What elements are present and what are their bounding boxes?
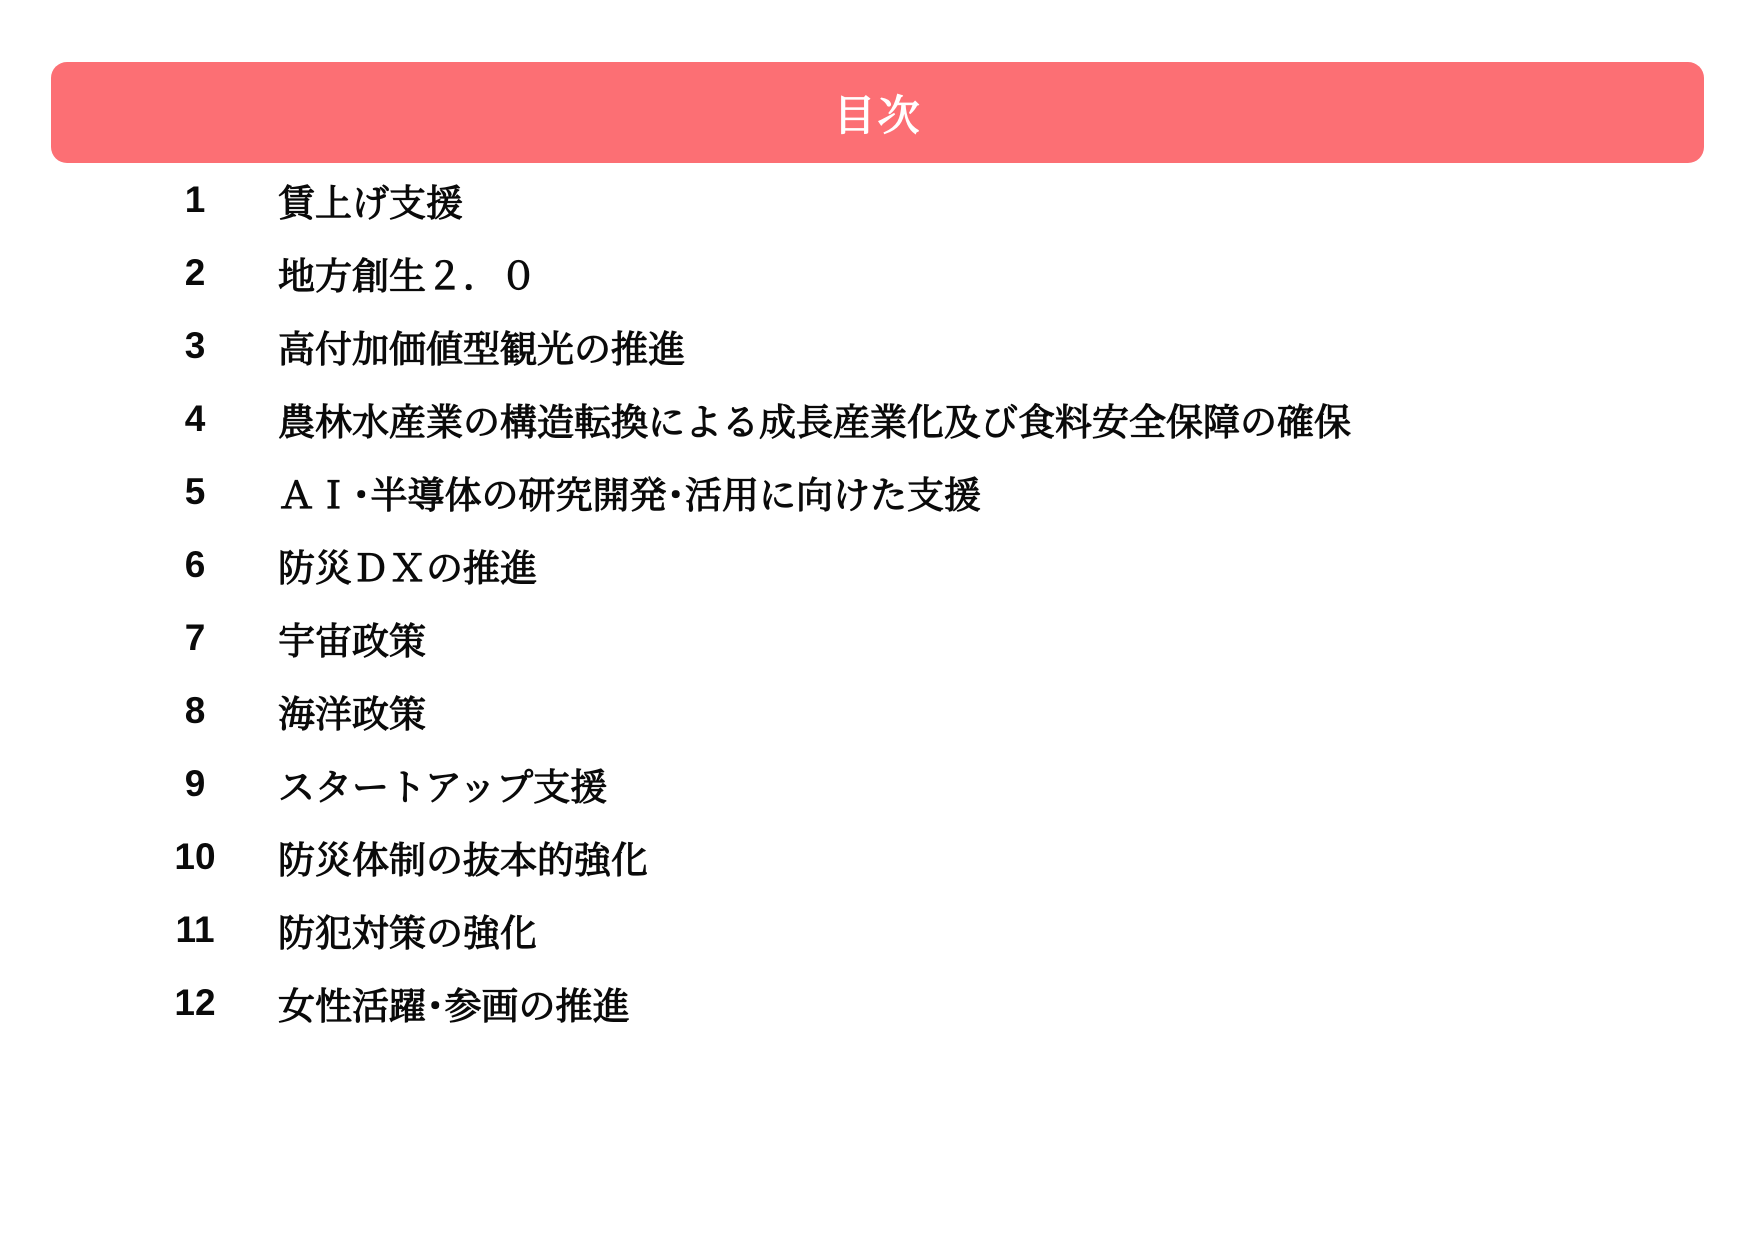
toc-item-number: 9	[130, 763, 260, 805]
toc-item-label: 賃上げ支援	[278, 173, 463, 227]
page-title-bar: 目次	[51, 62, 1704, 163]
toc-item-9: 9 スタートアップ支援	[0, 747, 1755, 820]
toc-item-label: 地方創生２．０	[278, 246, 537, 300]
toc-item-label: 防災ＤＸの推進	[278, 538, 537, 592]
toc-item-number: 2	[130, 252, 260, 294]
toc-item-8: 8 海洋政策	[0, 674, 1755, 747]
toc-item-label: 高付加価値型観光の推進	[278, 319, 685, 373]
toc-item-label: 女性活躍･参画の推進	[278, 976, 630, 1030]
page-title: 目次	[833, 83, 921, 143]
toc-item-10: 10 防災体制の抜本的強化	[0, 820, 1755, 893]
toc-item-11: 11 防犯対策の強化	[0, 893, 1755, 966]
toc-item-label: 宇宙政策	[278, 611, 426, 665]
toc-item-label: 海洋政策	[278, 684, 426, 738]
toc-item-2: 2 地方創生２．０	[0, 236, 1755, 309]
toc-item-label: 農林水産業の構造転換による成長産業化及び食料安全保障の確保	[278, 392, 1351, 446]
toc-item-number: 8	[130, 690, 260, 732]
toc-item-label: 防災体制の抜本的強化	[278, 830, 648, 884]
toc-item-number: 12	[130, 982, 260, 1024]
toc-item-number: 3	[130, 325, 260, 367]
toc-item-4: 4 農林水産業の構造転換による成長産業化及び食料安全保障の確保	[0, 382, 1755, 455]
toc-item-number: 10	[130, 836, 260, 878]
toc-item-5: 5 ＡＩ･半導体の研究開発･活用に向けた支援	[0, 455, 1755, 528]
toc-item-label: 防犯対策の強化	[278, 903, 537, 957]
toc-item-1: 1 賃上げ支援	[0, 163, 1755, 236]
toc-item-3: 3 高付加価値型観光の推進	[0, 309, 1755, 382]
toc-item-number: 4	[130, 398, 260, 440]
toc-list: 1 賃上げ支援 2 地方創生２．０ 3 高付加価値型観光の推進 4 農林水産業の…	[0, 163, 1755, 1039]
toc-item-6: 6 防災ＤＸの推進	[0, 528, 1755, 601]
toc-item-7: 7 宇宙政策	[0, 601, 1755, 674]
toc-item-number: 5	[130, 471, 260, 513]
document-page: 目次 1 賃上げ支援 2 地方創生２．０ 3 高付加価値型観光の推進 4 農林水…	[0, 0, 1755, 1241]
toc-item-number: 11	[130, 909, 260, 951]
toc-item-number: 1	[130, 179, 260, 221]
toc-item-number: 7	[130, 617, 260, 659]
toc-item-label: スタートアップ支援	[278, 757, 607, 811]
toc-item-label: ＡＩ･半導体の研究開発･活用に向けた支援	[278, 465, 981, 519]
toc-item-number: 6	[130, 544, 260, 586]
toc-item-12: 12 女性活躍･参画の推進	[0, 966, 1755, 1039]
